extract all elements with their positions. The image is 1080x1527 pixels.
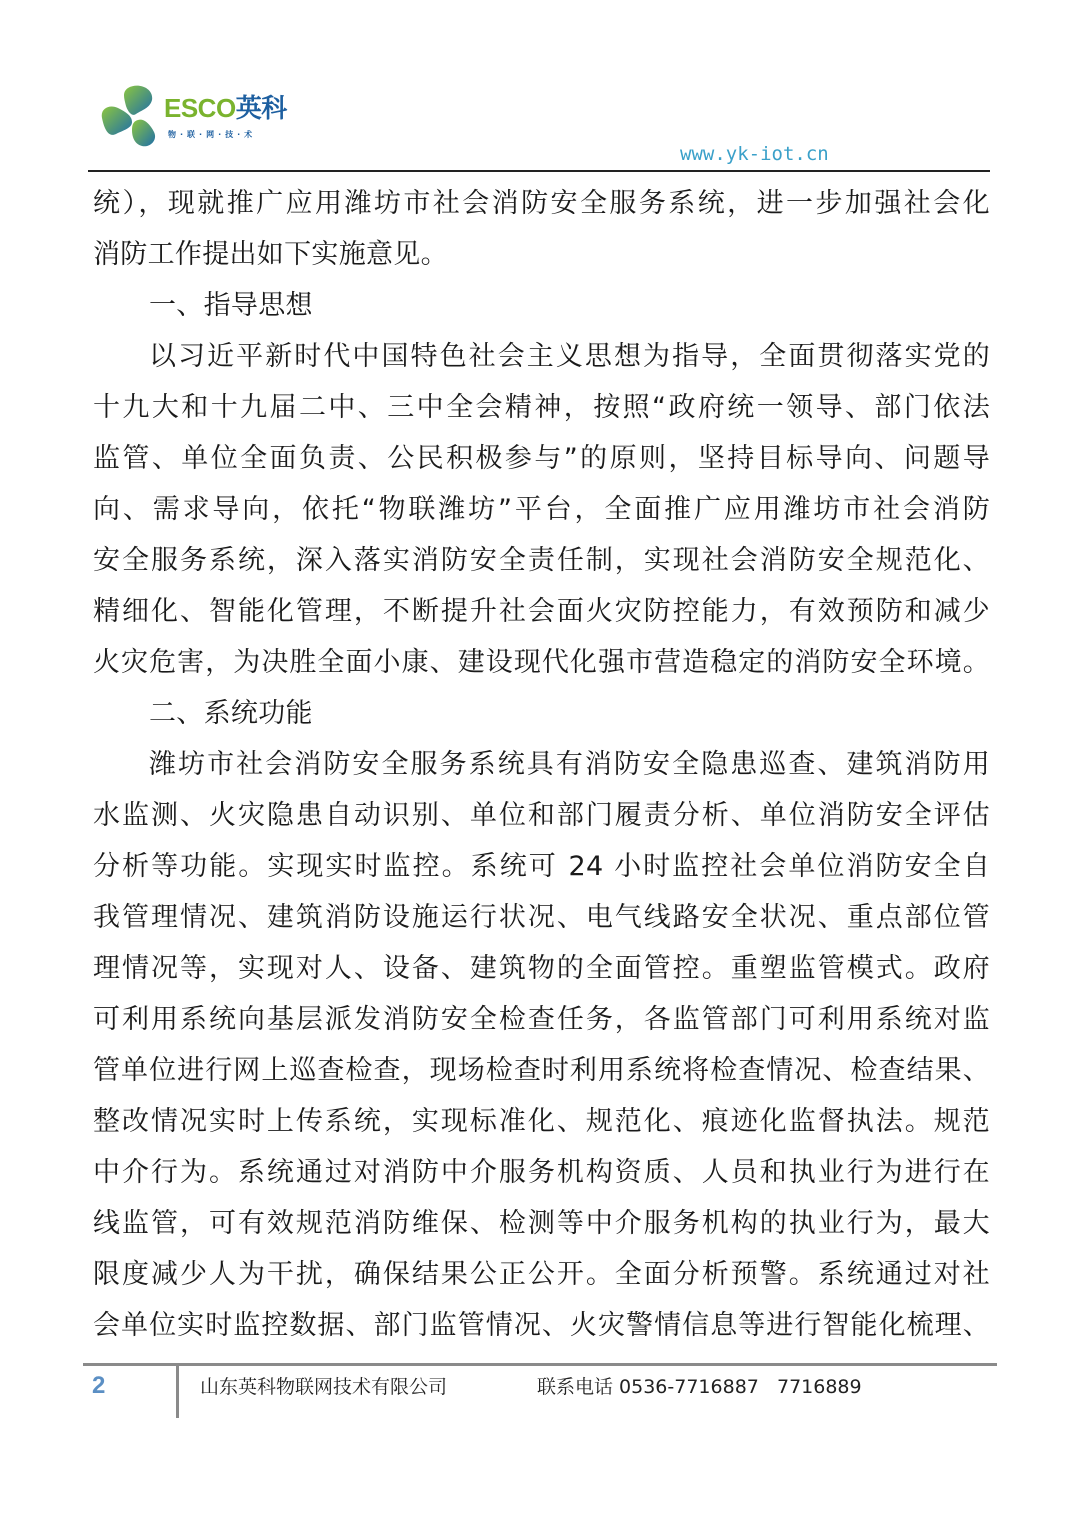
body-line: 整改情况实时上传系统，实现标准化、规范化、痕迹化监督执法。规范 — [93, 1096, 990, 1147]
body-line: 水监测、火灾隐患自动识别、单位和部门履责分析、单位消防安全评估 — [93, 790, 990, 841]
logo-wordmark: ESCO英科 — [164, 94, 287, 122]
logo-brand-en: ESCO — [164, 93, 236, 123]
body-line: 分析等功能。实现实时监控。系统可 24 小时监控社会单位消防安全自 — [93, 841, 990, 892]
body-line: 精细化、智能化管理，不断提升社会面火灾防控能力，有效预防和减少 — [93, 586, 990, 637]
body-line: 监管、单位全面负责、公民积极参与”的原则，坚持目标导向、问题导 — [93, 433, 990, 484]
body-line: 潍坊市社会消防安全服务系统具有消防安全隐患巡查、建筑消防用 — [93, 739, 990, 790]
body-line: 火灾危害，为决胜全面小康、建设现代化强市营造稳定的消防安全环境。 — [93, 637, 990, 688]
body-line: 十九大和十九届二中、三中全会精神，按照“政府统一领导、部门依法 — [93, 382, 990, 433]
footer-vertical-divider — [176, 1366, 179, 1418]
body-line: 消防工作提出如下实施意见。 — [93, 229, 990, 280]
section-heading-system-functions: 二、系统功能 — [93, 688, 990, 739]
body-line: 管单位进行网上巡查检查，现场检查时利用系统将检查情况、检查结果、 — [93, 1045, 990, 1096]
body-line: 可利用系统向基层派发消防安全检查任务，各监管部门可利用系统对监 — [93, 994, 990, 1045]
body-line: 中介行为。系统通过对消防中介服务机构资质、人员和执业行为进行在 — [93, 1147, 990, 1198]
footer-divider — [83, 1363, 997, 1366]
section-heading-guiding-thought: 一、指导思想 — [93, 280, 990, 331]
body-line: 统），现就推广应用潍坊市社会消防安全服务系统，进一步加强社会化 — [93, 178, 990, 229]
logo-tagline: 物·联·网·技·术 — [168, 129, 256, 140]
body-line: 限度减少人为干扰，确保结果公正公开。全面分析预警。系统通过对社 — [93, 1249, 990, 1300]
body-line: 以习近平新时代中国特色社会主义思想为指导，全面贯彻落实党的 — [93, 331, 990, 382]
body-line: 我管理情况、建筑消防设施运行状况、电气线路安全状况、重点部位管 — [93, 892, 990, 943]
logo-mark-icon — [98, 84, 164, 150]
logo-brand-cn: 英科 — [236, 93, 287, 123]
document-body: 统），现就推广应用潍坊市社会消防安全服务系统，进一步加强社会化 消防工作提出如下… — [93, 178, 990, 1351]
header-divider — [88, 170, 990, 172]
page-number: 2 — [92, 1372, 105, 1400]
footer-contact-phone: 联系电话 0536-7716887 7716889 — [537, 1372, 862, 1399]
website-link[interactable]: www.yk-iot.cn — [680, 143, 829, 165]
company-logo: ESCO英科 物·联·网·技·术 — [98, 84, 298, 150]
body-line: 会单位实时监控数据、部门监管情况、火灾警情信息等进行智能化梳理、 — [93, 1300, 990, 1351]
body-line: 线监管，可有效规范消防维保、检测等中介服务机构的执业行为，最大 — [93, 1198, 990, 1249]
body-line: 向、需求导向，依托“物联潍坊”平台，全面推广应用潍坊市社会消防 — [93, 484, 990, 535]
body-line: 安全服务系统，深入落实消防安全责任制，实现社会消防安全规范化、 — [93, 535, 990, 586]
body-line: 理情况等，实现对人、设备、建筑物的全面管控。重塑监管模式。政府 — [93, 943, 990, 994]
footer-company-name: 山东英科物联网技术有限公司 — [200, 1372, 447, 1399]
